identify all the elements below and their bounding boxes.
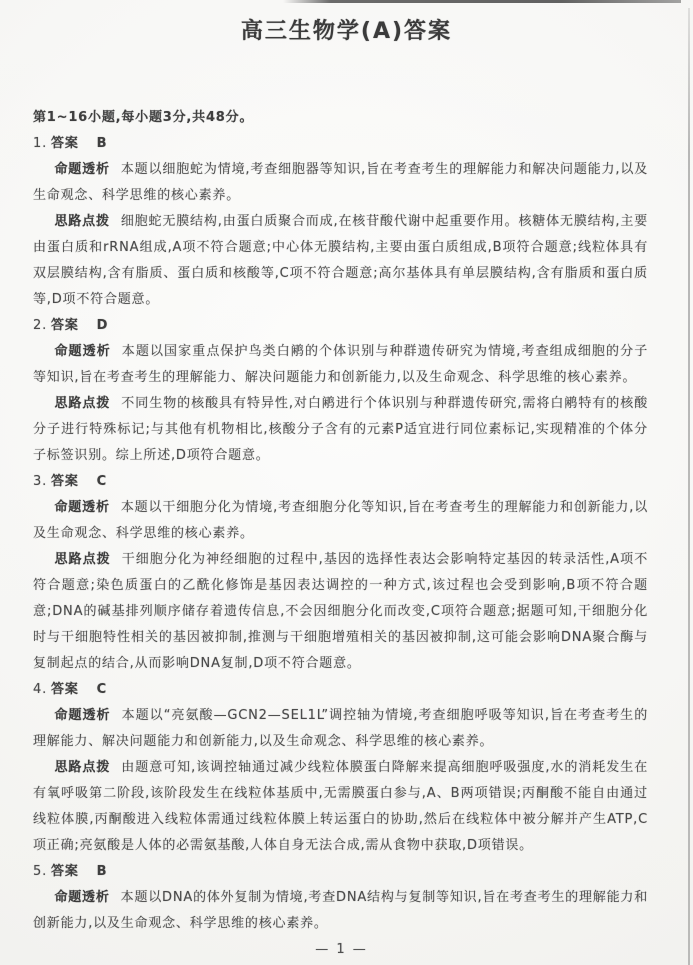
question-block-4: 4.答案C 命题透析本题以“亮氨酸—GCN2—SEL1L”调控轴为情境,考查细胞…: [33, 677, 648, 859]
question-number: 5.: [33, 864, 47, 879]
page-number-footer: — 1 —: [0, 942, 683, 957]
answer-letter: D: [97, 318, 109, 333]
analysis-paragraph: 命题透析本题以细胞蛇为情境,考查细胞器等知识,旨在考查考生的理解能力和解决问题能…: [33, 157, 648, 209]
approach-label: 思路点拨: [54, 214, 109, 229]
answer-line: 4.答案C: [33, 677, 648, 703]
answer-line: 2.答案D: [33, 313, 648, 339]
analysis-paragraph: 命题透析本题以国家重点保护鸟类白鹇的个体识别与种群遗传研究为情境,考查组成细胞的…: [33, 339, 648, 391]
section-header: 第1~16小题,每小题3分,共48分。: [33, 105, 648, 131]
analysis-text: 本题以干细胞分化为情境,考查细胞分化等知识,旨在考查考生的理解能力和创新能力,以…: [33, 500, 648, 541]
analysis-label: 命题透析: [54, 890, 109, 905]
analysis-label: 命题透析: [54, 500, 109, 515]
question-block-2: 2.答案D 命题透析本题以国家重点保护鸟类白鹇的个体识别与种群遗传研究为情境,考…: [33, 313, 648, 469]
answer-letter: C: [97, 474, 107, 489]
question-number: 1.: [33, 136, 47, 151]
question-block-3: 3.答案C 命题透析本题以干细胞分化为情境,考查细胞分化等知识,旨在考查考生的理…: [33, 469, 648, 677]
analysis-paragraph: 命题透析本题以干细胞分化为情境,考查细胞分化等知识,旨在考查考生的理解能力和创新…: [33, 495, 648, 547]
approach-text: 不同生物的核酸具有特异性,对白鹇进行个体识别与种群遗传研究,需将白鹇特有的核酸分…: [33, 396, 648, 463]
approach-paragraph: 思路点拨干细胞分化为神经细胞的过程中,基因的选择性表达会影响特定基因的转录活性,…: [33, 547, 648, 677]
question-number: 2.: [33, 318, 47, 333]
scanned-answer-page: 高三生物学(A)答案 第1~16小题,每小题3分,共48分。 1.答案B 命题透…: [0, 0, 693, 965]
answer-label: 答案: [51, 136, 79, 151]
answer-line: 3.答案C: [33, 469, 648, 495]
approach-text: 干细胞分化为神经细胞的过程中,基因的选择性表达会影响特定基因的转录活性,A项不符…: [33, 552, 648, 671]
approach-paragraph: 思路点拨不同生物的核酸具有特异性,对白鹇进行个体识别与种群遗传研究,需将白鹇特有…: [33, 391, 648, 469]
analysis-text: 本题以国家重点保护鸟类白鹇的个体识别与种群遗传研究为情境,考查组成细胞的分子等知…: [33, 344, 648, 385]
answer-letter: B: [97, 864, 108, 879]
answer-line: 5.答案B: [33, 859, 648, 885]
answer-label: 答案: [51, 474, 79, 489]
question-block-5: 5.答案B 命题透析本题以DNA的体外复制为情境,考查DNA结构与复制等知识,旨…: [33, 859, 648, 937]
analysis-label: 命题透析: [54, 344, 110, 359]
approach-text: 细胞蛇无膜结构,由蛋白质聚合而成,在核苷酸代谢中起重要作用。核糖体无膜结构,主要…: [33, 214, 648, 307]
approach-paragraph: 思路点拨细胞蛇无膜结构,由蛋白质聚合而成,在核苷酸代谢中起重要作用。核糖体无膜结…: [33, 209, 648, 313]
approach-label: 思路点拨: [54, 760, 110, 775]
approach-text: 由题意可知,该调控轴通过减少线粒体膜蛋白降解来提高细胞呼吸强度,水的消耗发生在有…: [33, 760, 648, 853]
answer-label: 答案: [51, 864, 79, 879]
approach-paragraph: 思路点拨由题意可知,该调控轴通过减少线粒体膜蛋白降解来提高细胞呼吸强度,水的消耗…: [33, 755, 648, 859]
answer-letter: C: [97, 682, 107, 697]
answer-line: 1.答案B: [33, 131, 648, 157]
page-title: 高三生物学(A)答案: [0, 0, 693, 45]
analysis-text: 本题以“亮氨酸—GCN2—SEL1L”调控轴为情境,考查细胞呼吸等知识,旨在考查…: [33, 708, 648, 749]
analysis-label: 命题透析: [54, 708, 110, 723]
question-number: 3.: [33, 474, 47, 489]
analysis-text: 本题以DNA的体外复制为情境,考查DNA结构与复制等知识,旨在考查考生的理解能力…: [33, 890, 648, 931]
question-number: 4.: [33, 682, 47, 697]
answer-letter: B: [97, 136, 108, 151]
analysis-paragraph: 命题透析本题以“亮氨酸—GCN2—SEL1L”调控轴为情境,考查细胞呼吸等知识,…: [33, 703, 648, 755]
question-block-1: 1.答案B 命题透析本题以细胞蛇为情境,考查细胞器等知识,旨在考查考生的理解能力…: [33, 131, 648, 313]
answer-content: 第1~16小题,每小题3分,共48分。 1.答案B 命题透析本题以细胞蛇为情境,…: [0, 105, 693, 937]
analysis-text: 本题以细胞蛇为情境,考查细胞器等知识,旨在考查考生的理解能力和解决问题能力,以及…: [33, 162, 648, 203]
analysis-paragraph: 命题透析本题以DNA的体外复制为情境,考查DNA结构与复制等知识,旨在考查考生的…: [33, 885, 648, 937]
approach-label: 思路点拨: [54, 552, 110, 567]
answer-label: 答案: [51, 318, 79, 333]
approach-label: 思路点拨: [54, 396, 110, 411]
answer-label: 答案: [51, 682, 79, 697]
scan-artifact-top-bar: [283, 0, 681, 3]
analysis-label: 命题透析: [54, 162, 109, 177]
